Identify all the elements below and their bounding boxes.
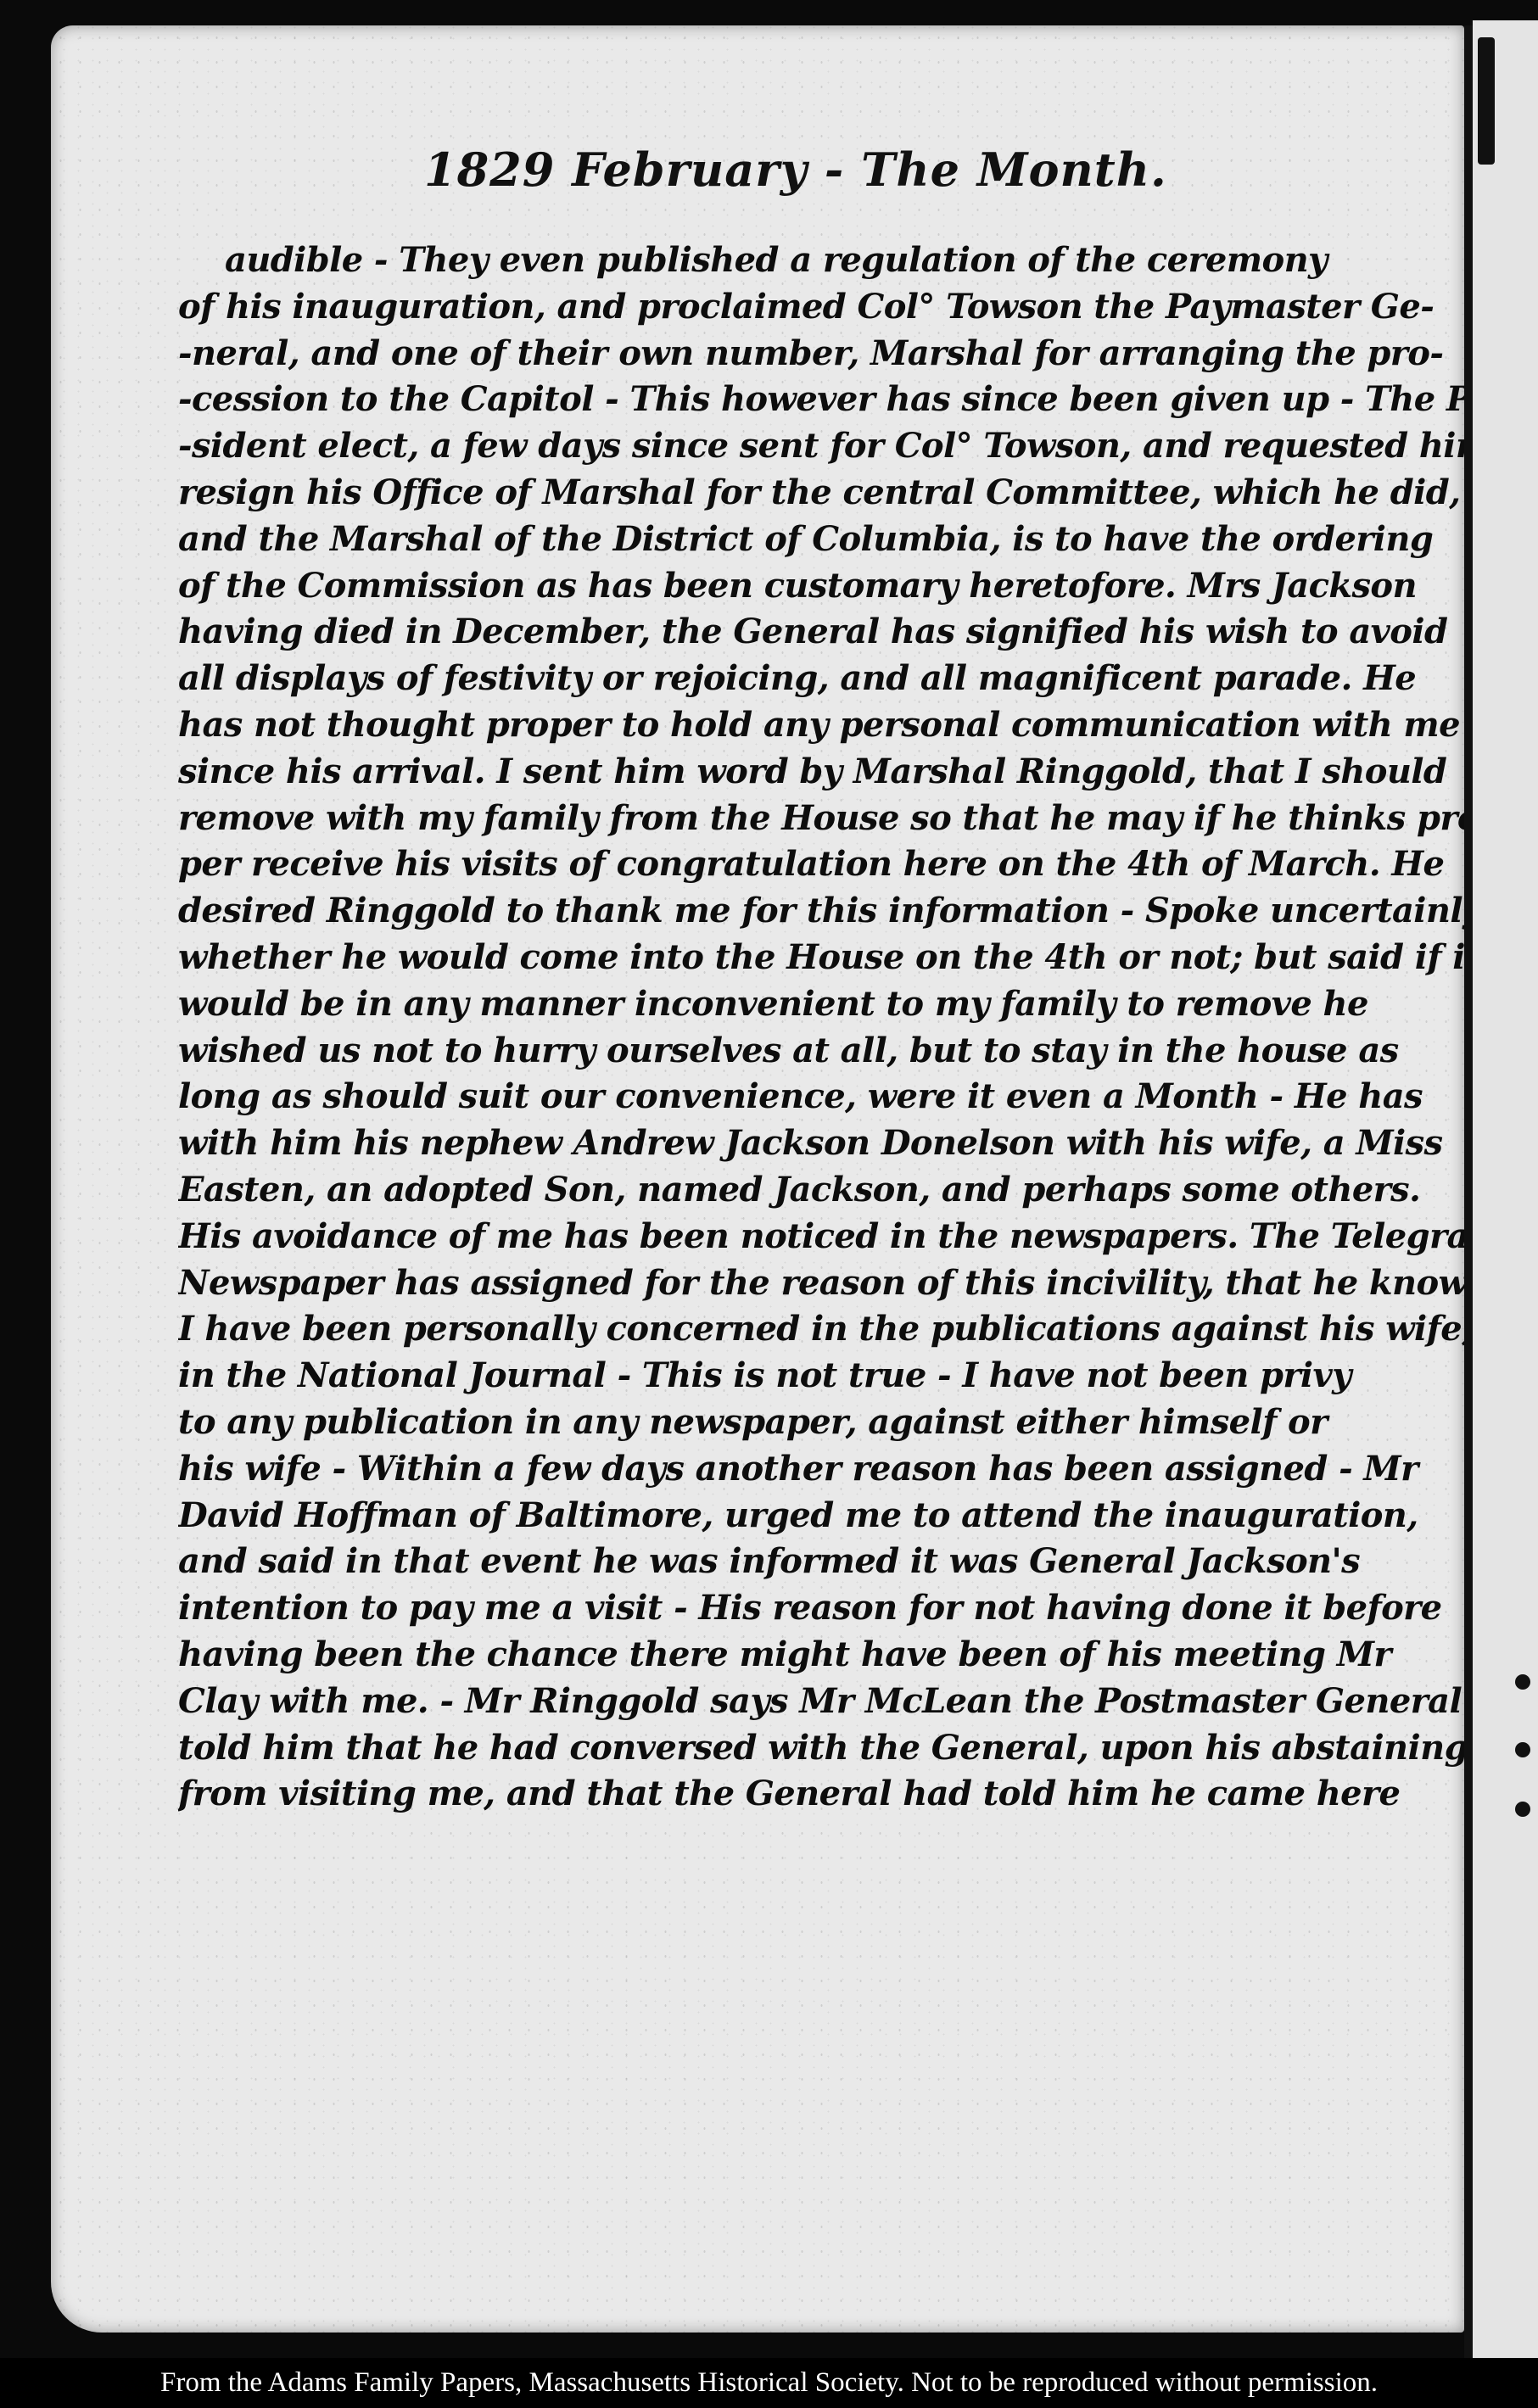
manuscript-line: to any publication in any newspaper, aga…: [178, 1400, 1502, 1446]
manuscript-line: of the Commission as has been customary …: [178, 563, 1502, 610]
binding-shadow: [1478, 37, 1495, 165]
manuscript-line: -sident elect, a few days since sent for…: [178, 423, 1502, 470]
binding-gutter: [1464, 25, 1473, 2358]
ink-mark: [1515, 1674, 1530, 1690]
manuscript-line: has not thought proper to hold any perso…: [178, 702, 1502, 749]
manuscript-line: having been the chance there might have …: [178, 1632, 1502, 1679]
manuscript-line: since his arrival. I sent him word by Ma…: [178, 749, 1502, 796]
adjacent-page-edge: [1473, 20, 1538, 2358]
manuscript-line: audible - They even published a regulati…: [178, 237, 1502, 284]
manuscript-line: whether he would come into the House on …: [178, 935, 1502, 981]
manuscript-line: resign his Office of Marshal for the cen…: [178, 470, 1502, 517]
page-bottom-shadow: [51, 2345, 1128, 2358]
manuscript-line: desired Ringgold to thank me for this in…: [178, 888, 1502, 935]
manuscript-line: Clay with me. - Mr Ringgold says Mr McLe…: [178, 1679, 1502, 1725]
manuscript-page: 1829 February - The Month. audible - The…: [51, 25, 1464, 2333]
manuscript-line: intention to pay me a visit - His reason…: [178, 1585, 1502, 1632]
ink-mark: [1515, 1742, 1530, 1757]
manuscript-line: Newspaper has assigned for the reason of…: [178, 1260, 1502, 1307]
manuscript-line: His avoidance of me has been noticed in …: [178, 1214, 1502, 1260]
manuscript-line: and the Marshal of the District of Colum…: [178, 517, 1502, 563]
manuscript-line: in the National Journal - This is not tr…: [178, 1353, 1502, 1400]
manuscript-line: with him his nephew Andrew Jackson Donel…: [178, 1120, 1502, 1167]
manuscript-line: from visiting me, and that the General h…: [178, 1771, 1502, 1818]
manuscript-line: I have been personally concerned in the …: [178, 1306, 1502, 1353]
manuscript-line: remove with my family from the House so …: [178, 796, 1502, 842]
manuscript-line: all displays of festivity or rejoicing, …: [178, 656, 1502, 702]
manuscript-line: told him that he had conversed with the …: [178, 1725, 1502, 1772]
manuscript-line: -cession to the Capitol - This however h…: [178, 377, 1502, 423]
manuscript-line: per receive his visits of congratulation…: [178, 841, 1502, 888]
manuscript-line: -neral, and one of their own number, Mar…: [178, 331, 1502, 377]
manuscript-line: Easten, an adopted Son, named Jackson, a…: [178, 1167, 1502, 1214]
manuscript-line: David Hoffman of Baltimore, urged me to …: [178, 1493, 1502, 1539]
manuscript-line: would be in any manner inconvenient to m…: [178, 981, 1502, 1028]
page-heading: 1829 February - The Month.: [424, 142, 1167, 197]
manuscript-line: his wife - Within a few days another rea…: [178, 1446, 1502, 1493]
manuscript-line: and said in that event he was informed i…: [178, 1539, 1502, 1585]
manuscript-line: long as should suit our convenience, wer…: [178, 1074, 1502, 1120]
copyright-footer: From the Adams Family Papers, Massachuse…: [0, 2358, 1538, 2408]
manuscript-line: of his inauguration, and proclaimed Col°…: [178, 284, 1502, 331]
manuscript-line: having died in December, the General has…: [178, 609, 1502, 656]
ink-mark: [1515, 1802, 1530, 1817]
manuscript-line: wished us not to hurry ourselves at all,…: [178, 1028, 1502, 1075]
manuscript-text: audible - They even published a regulati…: [178, 237, 1502, 1818]
